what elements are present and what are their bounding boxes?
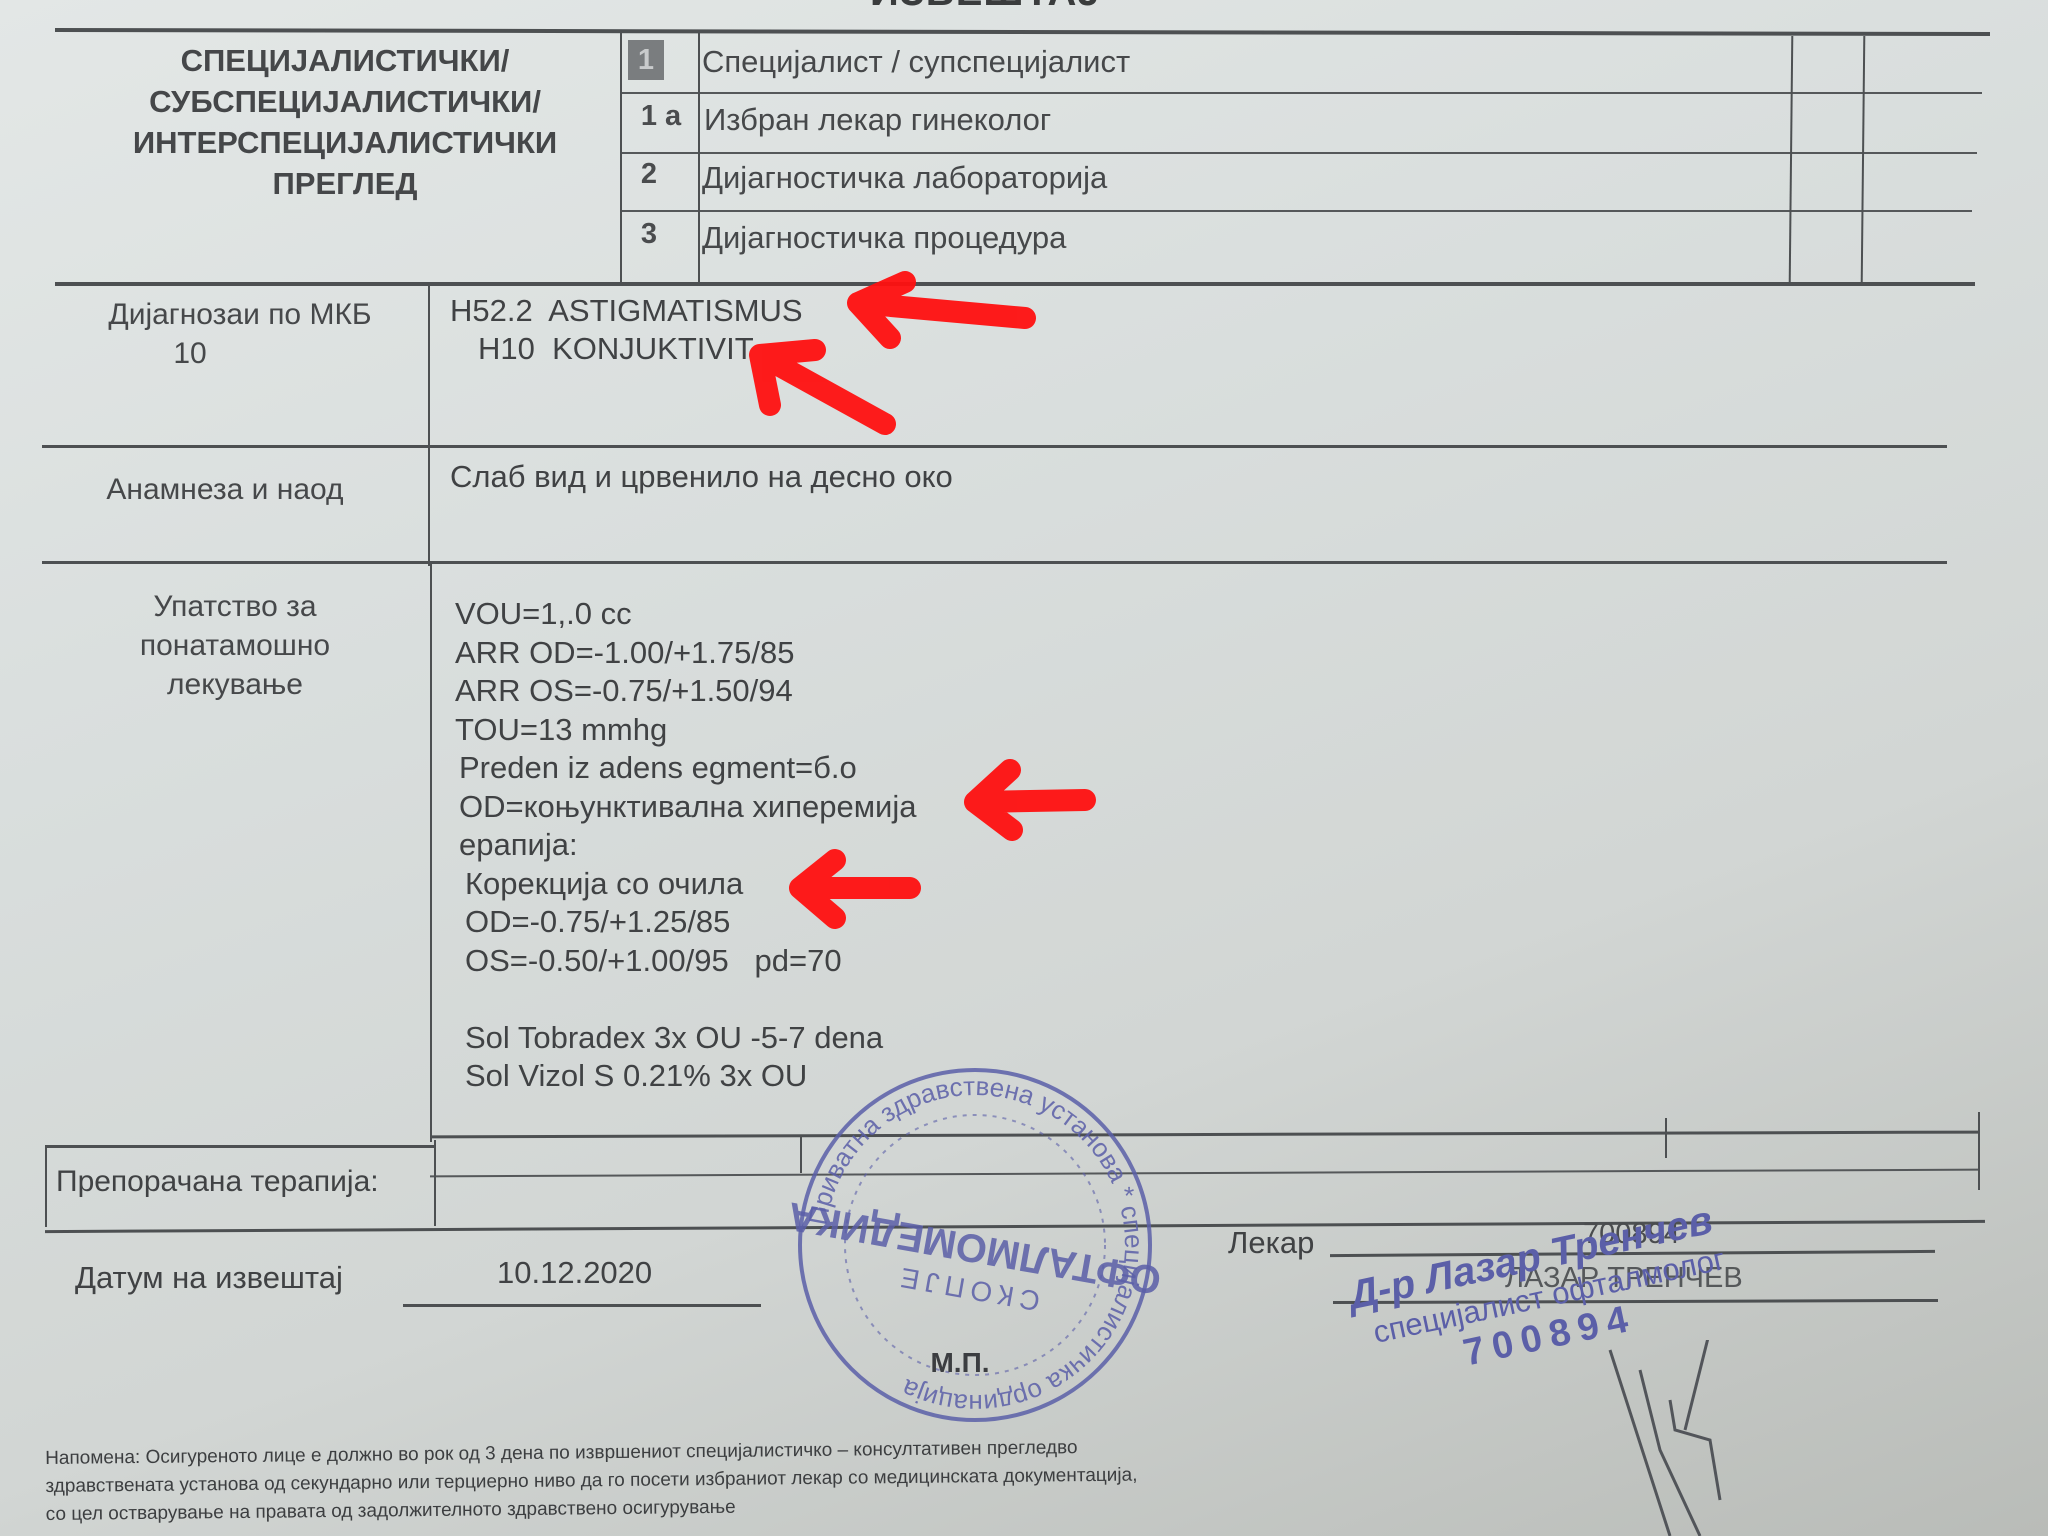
- anamnesis-label: Анамнеза и наод: [70, 470, 380, 509]
- row-divider: [622, 92, 1982, 94]
- instruction-line: Корекција со очила: [465, 865, 917, 904]
- recommended-therapy-label: Препорачана терапија:: [56, 1165, 379, 1199]
- instruction-line: OD=-0.75/+1.25/85: [465, 903, 917, 942]
- referral-type-label: Дијагностичка лабораторија: [702, 160, 1107, 196]
- section-rule: [42, 445, 1947, 448]
- referral-type-label: Избран лекар гинеколог: [704, 102, 1051, 138]
- top-rule: [55, 28, 1990, 36]
- diagnosis-code: H10: [478, 331, 535, 366]
- row-divider: [430, 1169, 1980, 1178]
- referral-num[interactable]: 3: [614, 218, 684, 251]
- section-rule: [42, 561, 1947, 564]
- label-line: понатамошно: [80, 626, 390, 665]
- anamnesis-text: Слаб вид и црвенило на десно око: [450, 458, 953, 497]
- instructions-label: Упатство за понатамошно лекување: [80, 587, 390, 704]
- recommended-therapy-field[interactable]: [445, 1178, 1965, 1218]
- col-divider: [1861, 36, 1866, 284]
- col-divider: [428, 284, 430, 446]
- svg-text:М.П.: М.П.: [930, 1347, 989, 1378]
- referral-num[interactable]: 2: [614, 158, 684, 191]
- col-divider: [698, 32, 700, 284]
- label-line: лекување: [80, 665, 390, 704]
- col-divider: [1665, 1118, 1667, 1158]
- date-underline: [403, 1304, 761, 1307]
- clinic-stamp-icon: Приватна здравствена установа * специјал…: [790, 1060, 1160, 1430]
- col-divider: [428, 446, 430, 566]
- instruction-line: Preden iz adens egment=б.о: [459, 749, 917, 788]
- signature-icon: [1600, 1340, 1800, 1536]
- footnote: Напомена: Осигуреното лице е должно во р…: [45, 1434, 1138, 1529]
- diagnosis-item: H52.2 ASTIGMATISMUS: [450, 292, 803, 331]
- label-line: Дијагнозаи по МКБ: [70, 295, 410, 334]
- instruction-line: ерапија:: [459, 826, 917, 865]
- referral-num-selected[interactable]: 1: [628, 40, 664, 80]
- section-rule: [430, 1131, 1978, 1139]
- label-line: Упатство за: [80, 587, 390, 626]
- exam-type-heading: СПЕЦИЈАЛИСТИЧКИ/ СУБСПЕЦИЈАЛИСТИЧКИ/ ИНТ…: [70, 40, 620, 204]
- col-divider: [1789, 36, 1794, 284]
- instruction-line: OD=коњунктивална хиперемија: [459, 788, 917, 827]
- report-date-label: Датум на извештај: [75, 1260, 343, 1296]
- referral-type-label: Специјалист / супспецијалист: [702, 44, 1130, 80]
- row-divider: [622, 152, 1977, 154]
- diagnosis-code: H52.2: [450, 293, 533, 328]
- referral-type-label: Дијагностичка процедура: [702, 220, 1066, 256]
- instruction-line: ARR OD=-1.00/+1.75/85: [455, 634, 917, 673]
- section-rule: [45, 1145, 435, 1148]
- heading-line: ИНТЕРСПЕЦИЈАЛИСТИЧКИ: [70, 122, 620, 163]
- row-divider: [622, 210, 1972, 212]
- instruction-line: VOU=1,.0 cc: [455, 595, 917, 634]
- diagnosis-name: ASTIGMATISMUS: [548, 293, 802, 328]
- instruction-line: [465, 980, 917, 1019]
- col-divider: [434, 1140, 436, 1226]
- col-divider: [430, 562, 432, 1142]
- label-line: 10: [0, 334, 410, 373]
- heading-line: ПРЕГЛЕД: [70, 163, 620, 204]
- heading-line: СПЕЦИЈАЛИСТИЧКИ/: [70, 40, 620, 81]
- diagnosis-name: KONJUKTIVIT: [552, 331, 754, 366]
- document-title: ИЗВЕШТАЈ: [870, 0, 1101, 15]
- diagnoses-label: Дијагнозаи по МКБ 10: [70, 295, 410, 373]
- instruction-line: Sol Tobradex 3x OU -5-7 dena: [465, 1019, 917, 1058]
- col-divider: [45, 1145, 47, 1227]
- header-bottom-rule: [55, 282, 1975, 286]
- col-divider: [1978, 1112, 1980, 1190]
- referral-num[interactable]: 1 а: [626, 100, 696, 133]
- diagnosis-item: H10 KONJUKTIVIT: [478, 330, 754, 369]
- doctor-label: Лекар: [1228, 1225, 1314, 1261]
- instructions-text: VOU=1,.0 ccARR OD=-1.00/+1.75/85ARR OS=-…: [455, 595, 917, 1096]
- instruction-line: OS=-0.50/+1.00/95 pd=70: [465, 942, 917, 981]
- instruction-line: TOU=13 mmhg: [455, 711, 917, 750]
- heading-line: СУБСПЕЦИЈАЛИСТИЧКИ/: [70, 81, 620, 122]
- report-date-value[interactable]: 10.12.2020: [497, 1255, 652, 1291]
- instruction-line: ARR OS=-0.75/+1.50/94: [455, 672, 917, 711]
